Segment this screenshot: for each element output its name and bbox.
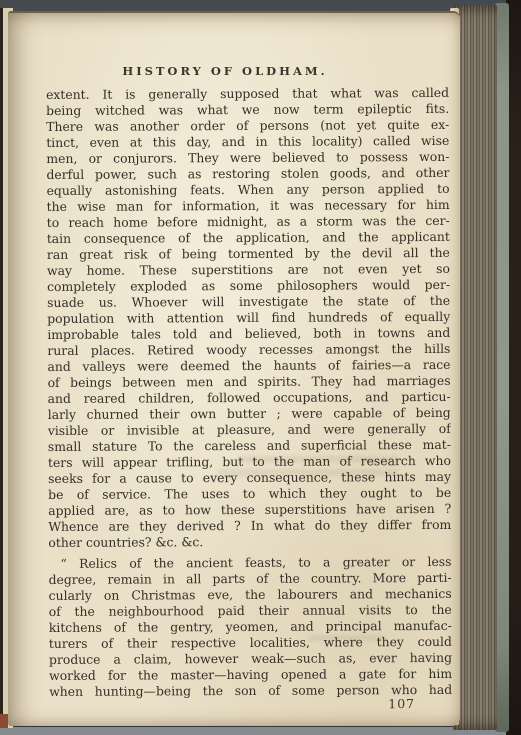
paragraph-1: extent. It is generally supposed that wh…	[46, 85, 451, 551]
book-scan: HISTORY OF OLDHAM. extent. It is general…	[0, 0, 521, 735]
text-line: Whence are they derived ? In what do the…	[48, 517, 451, 535]
text-block: extent. It is generally supposed that wh…	[46, 85, 452, 727]
spine-red-mark	[0, 714, 8, 728]
text-line: other countries? &c. &c.	[48, 533, 451, 551]
book-page: HISTORY OF OLDHAM. extent. It is general…	[8, 11, 460, 726]
book-cover-lining	[495, 3, 509, 732]
paragraph-2: “ Relics of the ancient feasts, to a gre…	[48, 554, 452, 700]
page-number: 107	[388, 696, 415, 712]
running-header: HISTORY OF OLDHAM.	[18, 64, 432, 78]
